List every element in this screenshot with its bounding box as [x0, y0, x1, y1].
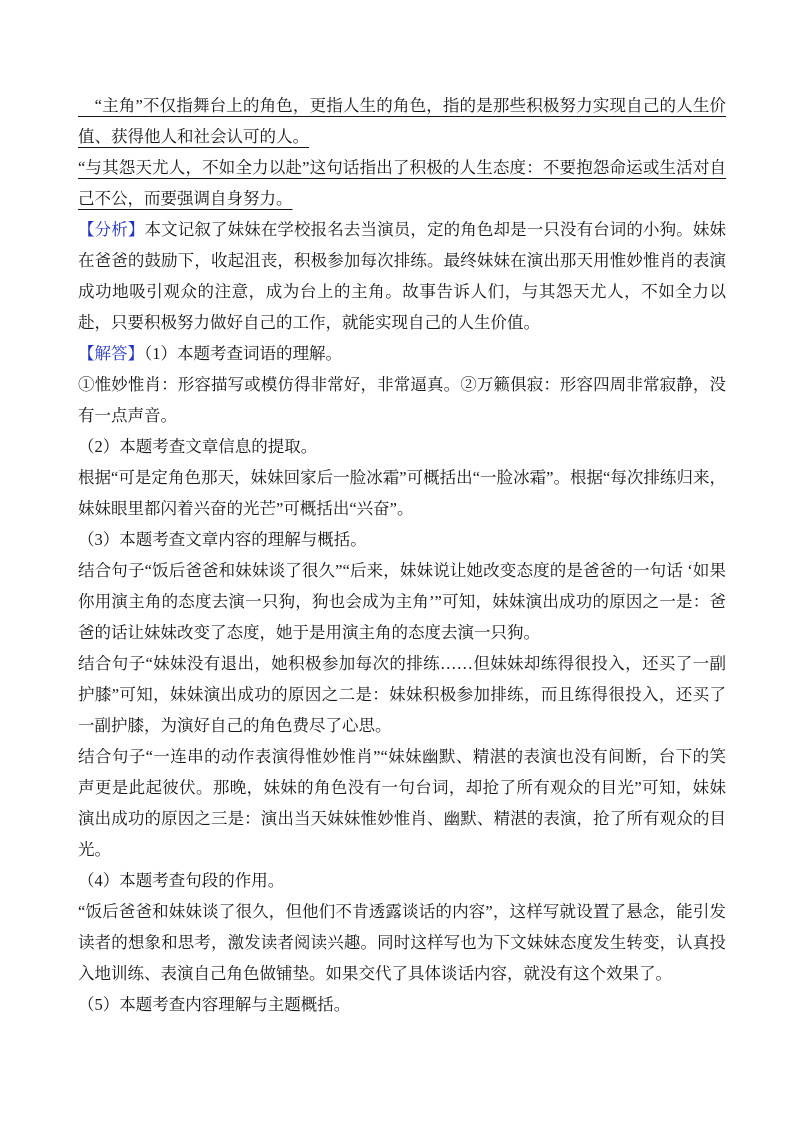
- paragraph-analysis: 【分析】本文记叙了妹妹在学校报名去当演员，定的角色却是一只没有台词的小狗。妹妹在…: [78, 214, 726, 338]
- paragraph-answer-q3: （3）本题考查文章内容的理解与概括。: [78, 524, 726, 555]
- student-answer-line-1-text: “主角”不仅指舞台上的角色，更指人生的角色，指的是那些积极努力实现自己的人生价值…: [78, 96, 726, 146]
- answer-q3-reason1-text: 结合句子“饭后爸爸和妹妹谈了很久”“后来，妹妹说让她改变态度的是爸爸的一句话 ‘…: [78, 561, 726, 642]
- paragraph-answer-q4: （4）本题考查句段的作用。: [78, 865, 726, 896]
- answer-q3-reason2-text: 结合句子“妹妹没有退出，她积极参加每次的排练……但妹妹却练得很投入，还买了一副护…: [78, 654, 726, 735]
- paragraph-answer-q1: 【解答】（1）本题考查词语的理解。: [78, 338, 726, 369]
- document-page: “主角”不仅指舞台上的角色，更指人生的角色，指的是那些积极努力实现自己的人生价值…: [0, 0, 794, 1123]
- answer-q3-reason3-text: 结合句子“一连串的动作表演得惟妙惟肖”“妹妹幽默、精湛的表演也没有间断，台下的笑…: [78, 747, 726, 859]
- document-body: “主角”不仅指舞台上的角色，更指人生的角色，指的是那些积极努力实现自己的人生价值…: [78, 90, 726, 1020]
- answer-q2-detail-text: 根据“可是定角色那天，妹妹回家后一脸冰霜”可概括出“一脸冰霜”。根据“每次排练归…: [78, 468, 726, 518]
- paragraph-answer-q3-reason1: 结合句子“饭后爸爸和妹妹谈了很久”“后来，妹妹说让她改变态度的是爸爸的一句话 ‘…: [78, 555, 726, 648]
- paragraph-answer-q1-detail: ①惟妙惟肖：形容描写或模仿得非常好，非常逼真。②万籁俱寂：形容四周非常寂静，没有…: [78, 369, 726, 431]
- answer-q1-text: （1）本题考查词语的理解。: [144, 344, 342, 363]
- answer-q2-text: （2）本题考查文章信息的提取。: [78, 437, 317, 456]
- paragraph-student-answer-line-1: “主角”不仅指舞台上的角色，更指人生的角色，指的是那些积极努力实现自己的人生价值…: [78, 90, 726, 152]
- paragraph-answer-q5: （5）本题考查内容理解与主题概括。: [78, 989, 726, 1020]
- answer-q3-text: （3）本题考查文章内容的理解与概括。: [78, 530, 367, 549]
- analysis-text: 本文记叙了妹妹在学校报名去当演员，定的角色却是一只没有台词的小狗。妹妹在爸爸的鼓…: [78, 220, 726, 332]
- answer-q4-detail-text: “饭后爸爸和妹妹谈了很久，但他们不肯透露谈话的内容”，这样写就设置了悬念，能引发…: [78, 902, 726, 983]
- analysis-label: 【分析】: [78, 220, 144, 239]
- paragraph-answer-q2: （2）本题考查文章信息的提取。: [78, 431, 726, 462]
- answer-q1-label: 【解答】: [78, 344, 144, 363]
- paragraph-answer-q4-detail: “饭后爸爸和妹妹谈了很久，但他们不肯透露谈话的内容”，这样写就设置了悬念，能引发…: [78, 896, 726, 989]
- paragraph-answer-q2-detail: 根据“可是定角色那天，妹妹回家后一脸冰霜”可概括出“一脸冰霜”。根据“每次排练归…: [78, 462, 726, 524]
- answer-q1-detail-text: ①惟妙惟肖：形容描写或模仿得非常好，非常逼真。②万籁俱寂：形容四周非常寂静，没有…: [78, 375, 726, 425]
- paragraph-answer-q3-reason2: 结合句子“妹妹没有退出，她积极参加每次的排练……但妹妹却练得很投入，还买了一副护…: [78, 648, 726, 741]
- paragraph-answer-q3-reason3: 结合句子“一连串的动作表演得惟妙惟肖”“妹妹幽默、精湛的表演也没有间断，台下的笑…: [78, 741, 726, 865]
- paragraph-student-answer-line-2: “与其怨天尤人，不如全力以赴”这句话指出了积极的人生态度：不要抱怨命运或生活对自…: [78, 152, 726, 214]
- answer-q5-text: （5）本题考查内容理解与主题概括。: [78, 995, 350, 1014]
- student-answer-line-2-text: “与其怨天尤人，不如全力以赴”这句话指出了积极的人生态度：不要抱怨命运或生活对自…: [78, 158, 726, 208]
- answer-q4-text: （4）本题考查句段的作用。: [78, 871, 284, 890]
